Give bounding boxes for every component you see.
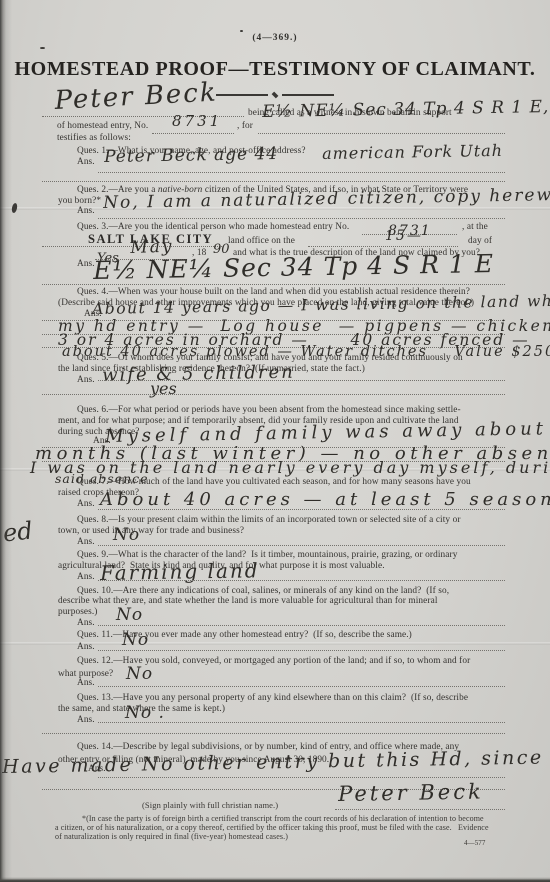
answer-12-label: Ans.: [77, 678, 95, 688]
dotted-line: [308, 246, 458, 247]
answer-1-address-handwritten: american Fork Utah: [322, 143, 503, 162]
answer-5-handwritten: wife & 5 children: [102, 364, 295, 385]
dotted-line: [98, 686, 505, 687]
answer-13-handwritten: No .: [125, 705, 165, 722]
dotted-line: [98, 509, 505, 510]
dotted-line: [98, 650, 505, 651]
question-13-text: Ques. 13.—Have you any personal property…: [77, 693, 468, 703]
land-office-text: land office on the: [228, 236, 295, 246]
entry-day-handwritten: 15—: [385, 229, 423, 243]
flourish-diamond-icon: [272, 92, 279, 99]
question-10-text: Ques. 10.—Are there any indications of c…: [77, 586, 449, 596]
dotted-line: [98, 625, 505, 626]
for-label: , for: [237, 121, 253, 131]
answer-11-label: Ans.: [77, 642, 95, 652]
flourish-bar: [282, 94, 334, 96]
answer-11-handwritten: No: [122, 632, 149, 649]
answer-8-label: Ans.: [77, 537, 95, 547]
answer-12-handwritten: No: [126, 666, 153, 683]
question-7-text: Ques. 7.—How much of the land have you c…: [77, 477, 471, 487]
answer-8-handwritten: No: [113, 527, 140, 544]
dotted-line: [42, 284, 505, 285]
dotted-line: [258, 133, 505, 134]
footnote-line3: of naturalization is only required in fi…: [55, 832, 288, 841]
question-8-text-line2: town, or used in any way for trade and b…: [58, 526, 244, 536]
answer-10-label: Ans.: [77, 618, 95, 628]
form-number: (4—369.): [0, 33, 550, 43]
dotted-line: [98, 218, 505, 219]
flourish-bar: [216, 94, 268, 96]
dotted-line: [152, 133, 234, 134]
dotted-line: [98, 777, 505, 778]
question-3-text: Ques. 3.—Are you the identical person wh…: [77, 222, 349, 232]
answer-1-handwritten: Peter Beck age 44: [104, 146, 278, 166]
printer-mark: 4—577: [464, 839, 486, 847]
ink-speck: [40, 47, 45, 49]
question-10-text-line2: describe what they are, and state whethe…: [58, 596, 438, 606]
dotted-line: [42, 181, 505, 182]
answer-13-label: Ans.: [77, 715, 95, 725]
question-2-text-line2: you born?*: [58, 196, 101, 206]
dotted-line: [98, 580, 505, 581]
dotted-line: [98, 722, 505, 723]
answer-1-label: Ans.: [77, 157, 95, 167]
question-10-text-line3: purposes.): [58, 607, 97, 617]
answer-3-land-description-handwritten: E½ NE¼ Sec 34 Tp 4 S R 1 E: [93, 251, 494, 283]
day-of-text: day of: [468, 236, 492, 246]
question-8-text: Ques. 8.—Is your present claim within th…: [77, 515, 461, 525]
dotted-line: [42, 394, 505, 395]
scan-left-edge-shadow: [0, 0, 12, 882]
ink-speck: [240, 30, 243, 32]
question-3-at-the: , at the: [462, 222, 488, 232]
footnote-line1: *(In case the party is of foreign birth …: [82, 814, 484, 823]
testifies-text: testifies as follows:: [57, 133, 131, 143]
entry-number-handwritten: 8731: [172, 114, 222, 129]
answer-5-label: Ans.: [77, 375, 95, 385]
claimant-name-handwritten: Peter Beck: [54, 79, 218, 113]
entry-prefix-text: of homestead entry, No.: [57, 121, 148, 131]
dotted-line: [98, 172, 505, 173]
answer-7-handwritten: About 40 acres — at least 5 seasons: [100, 491, 550, 509]
claimant-signature-handwritten: Peter Beck: [338, 781, 484, 805]
answer-10-handwritten: No: [116, 607, 143, 624]
answer-7-label: Ans.: [77, 499, 95, 509]
answer-9-label: Ans.: [77, 572, 95, 582]
question-6-text: Ques. 6.—For what period or periods have…: [77, 405, 461, 415]
answer-2-label: Ans.: [77, 206, 95, 216]
scanned-homestead-proof-document: (4—369.) HOMESTEAD PROOF—TESTIMONY OF CL…: [0, 0, 550, 882]
signature-dotted-line: [335, 809, 505, 810]
land-description-handwritten: E½ NE¼ Sec 34 Tp 4 S R 1 E,: [262, 99, 550, 121]
question-9-text: Ques. 9.—What is the character of the la…: [77, 550, 457, 560]
section-separator-dotted-line: [42, 733, 505, 734]
footnote-line2: a citizen, or of his naturalization, or …: [55, 823, 489, 832]
page-title: HOMESTEAD PROOF—TESTIMONY OF CLAIMANT.: [0, 58, 550, 81]
dotted-line: [98, 545, 505, 546]
scan-bottom-edge-shadow: [0, 877, 550, 882]
ink-speck: [11, 203, 18, 214]
signature-instruction: (Sign plainly with full christian name.): [142, 800, 278, 810]
